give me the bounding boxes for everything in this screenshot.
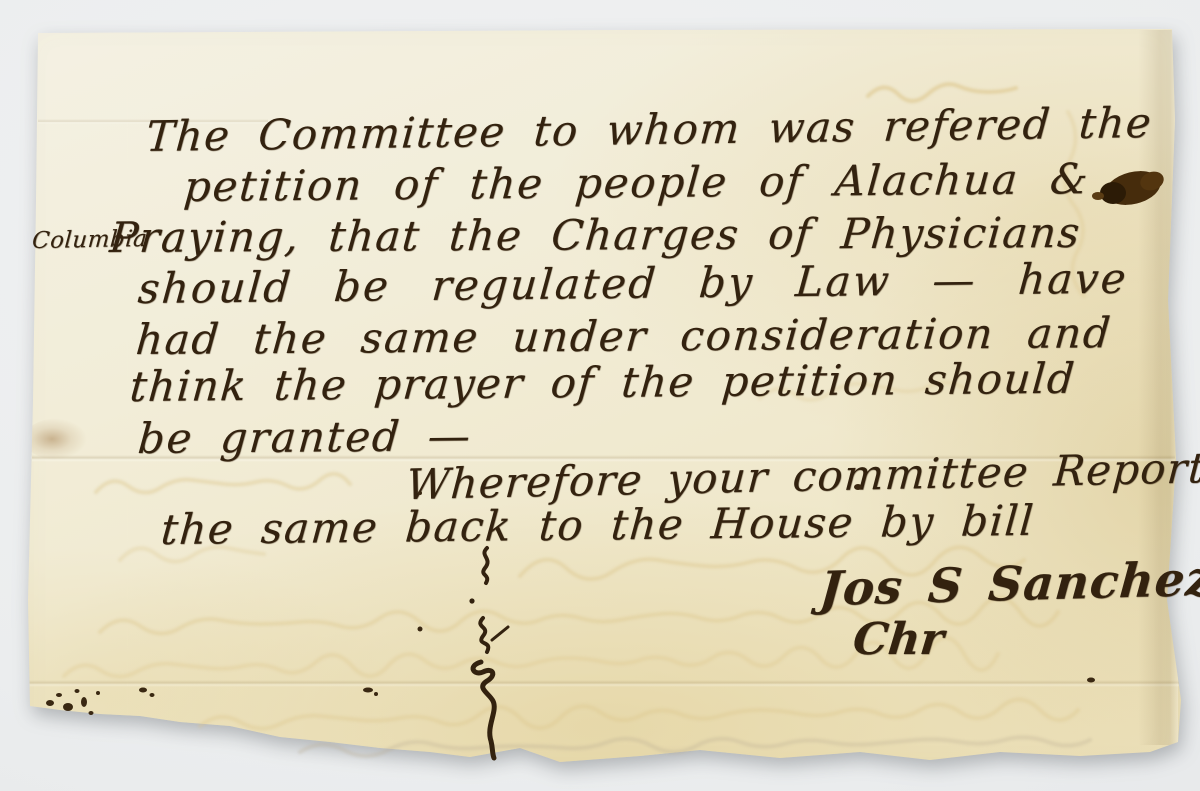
handwriting-line-2: petition of the people of Alachua & bbox=[182, 154, 1091, 211]
left-edge-stain bbox=[24, 418, 94, 460]
fold-crease-bottom bbox=[28, 680, 1180, 687]
handwriting-line-6: think the prayer of the petition should bbox=[128, 354, 1077, 411]
handwriting-line-9: the same back to the House by bill bbox=[159, 496, 1036, 554]
signature: Jos S Sanchez bbox=[818, 552, 1200, 617]
signature-title: Chr bbox=[851, 614, 947, 665]
scanned-manuscript: The Committee to whom was refered the pe… bbox=[0, 0, 1200, 791]
handwriting-line-7: be granted — bbox=[136, 411, 474, 463]
handwriting-line-4: should be regulated by Law — have bbox=[136, 254, 1130, 313]
handwriting-line-3: Praying, that the Charges of Physicians bbox=[108, 208, 1083, 262]
